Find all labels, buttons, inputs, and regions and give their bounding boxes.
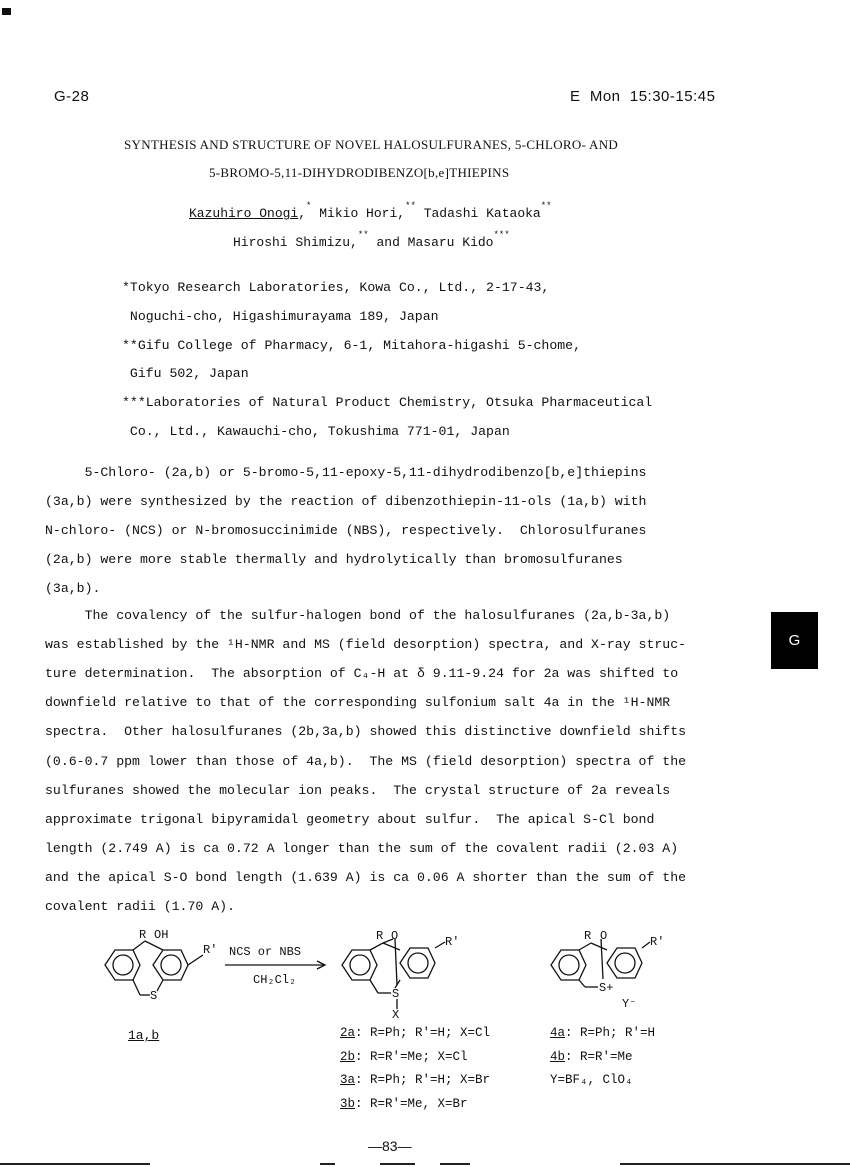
affiliation-line: *Tokyo Research Laboratories, Kowa Co., … [122,280,549,295]
text-line: The covalency of the sulfur-halogen bond… [45,608,670,623]
author: and Masaru Kido [376,235,493,250]
text-line: sulfuranes showed the molecular ion peak… [45,783,670,798]
svg-text:R': R' [445,935,459,949]
affiliation-line: **Gifu College of Pharmacy, 6-1, Mitahor… [122,338,581,353]
svg-text:CH₂Cl₂: CH₂Cl₂ [253,973,296,987]
affiliation-mark: *** [494,230,510,240]
compound-variant: 2b: R=R'=Me; X=Cl [340,1050,468,1064]
authors-line1: Kazuhiro Onogi,* Mikio Hori,** Tadashi K… [189,206,552,221]
session-code: G-28 [54,88,89,105]
svg-text:Y⁻: Y⁻ [622,997,636,1011]
svg-text:R': R' [650,935,664,949]
text-line: downfield relative to that of the corres… [45,695,670,710]
affiliation-mark: ** [405,201,416,211]
reaction-scheme: R OH R' S NCS or NBS CH₂Cl₂ R O R' [95,925,735,1020]
text-line: length (2.749 A) is ca 0.72 A longer tha… [45,841,678,856]
text-line: ture determination. The absorption of C₄… [45,666,678,681]
compound-2-structure: R O R' S X [342,929,459,1020]
text-line: (3a,b). [45,581,100,596]
author: Tadashi Kataoka [424,206,541,221]
counterion-label: Y=BF₄, ClO₄ [550,1073,633,1087]
compound-1-label: 1a,b [128,1028,159,1043]
scan-artifact [2,8,11,15]
affiliation-line: ***Laboratories of Natural Product Chemi… [122,395,652,410]
compound-variant: 3a: R=Ph; R'=H; X=Br [340,1073,490,1087]
svg-text:R: R [584,929,591,943]
svg-text:O: O [391,929,398,943]
section-tab: G [771,612,818,669]
affiliation-mark: ** [541,201,552,211]
authors-line2: Hiroshi Shimizu,** and Masaru Kido*** [233,235,510,250]
compound-variant: 2a: R=Ph; R'=H; X=Cl [340,1026,490,1040]
compound-1-structure: R OH R' S [105,928,217,1003]
affiliation-mark: * [306,201,311,211]
text-line: N-chloro- (NCS) or N-bromosuccinimide (N… [45,523,646,538]
scan-edge-line [320,1163,335,1165]
affiliation-mark: ** [358,230,369,240]
text-line: (3a,b) were synthesized by the reaction … [45,494,646,509]
text-line: (2a,b) were more stable thermally and hy… [45,552,623,567]
compound-variant: 4b: R=R'=Me [550,1050,633,1064]
scan-edge-line [620,1163,850,1165]
scan-edge-line [440,1163,470,1165]
text-line: (0.6-0.7 ppm lower than those of 4a,b). … [45,754,686,769]
text-line: and the apical S-O bond length (1.639 A)… [45,870,686,885]
svg-text:NCS or NBS: NCS or NBS [229,945,301,959]
svg-text:X: X [392,1008,399,1020]
page-number: —83— [368,1138,412,1154]
affiliation-line: Noguchi-cho, Higashimurayama 189, Japan [122,309,439,324]
text-line: covalent radii (1.70 A). [45,899,235,914]
svg-text:OH: OH [154,928,168,942]
svg-text:S: S [150,989,157,1003]
text-line: approximate trigonal bipyramidal geometr… [45,812,654,827]
paper-title-line2: 5-BROMO-5,11-DIHYDRODIBENZO[b,e]THIEPINS [209,165,509,181]
scan-edge-line [380,1163,415,1165]
affiliation-line: Gifu 502, Japan [122,366,249,381]
text-line: 5-Chloro- (2a,b) or 5-bromo-5,11-epoxy-5… [45,465,646,480]
author: Mikio Hori [319,206,397,221]
affiliation-line: Co., Ltd., Kawauchi-cho, Tokushima 771-0… [122,424,510,439]
scan-edge-line [0,1163,150,1165]
svg-text:R: R [376,929,383,943]
paper-title-line1: SYNTHESIS AND STRUCTURE OF NOVEL HALOSUL… [124,137,618,153]
text-line: spectra. Other halosulfuranes (2b,3a,b) … [45,724,686,739]
compound-variant: 3b: R=R'=Me, X=Br [340,1097,468,1111]
svg-text:O: O [600,929,607,943]
author: Hiroshi Shimizu [233,235,350,250]
svg-text:S: S [392,987,399,1001]
compound-4-structure: R O R' S+ Y⁻ [551,929,664,1011]
svg-text:R': R' [203,943,217,957]
svg-text:R: R [139,928,146,942]
author-presenter: Kazuhiro Onogi [189,206,298,221]
session-time: E Mon 15:30-15:45 [570,88,715,105]
svg-text:S+: S+ [599,981,613,995]
text-line: was established by the ¹H-NMR and MS (fi… [45,637,686,652]
compound-variant: 4a: R=Ph; R'=H [550,1026,655,1040]
